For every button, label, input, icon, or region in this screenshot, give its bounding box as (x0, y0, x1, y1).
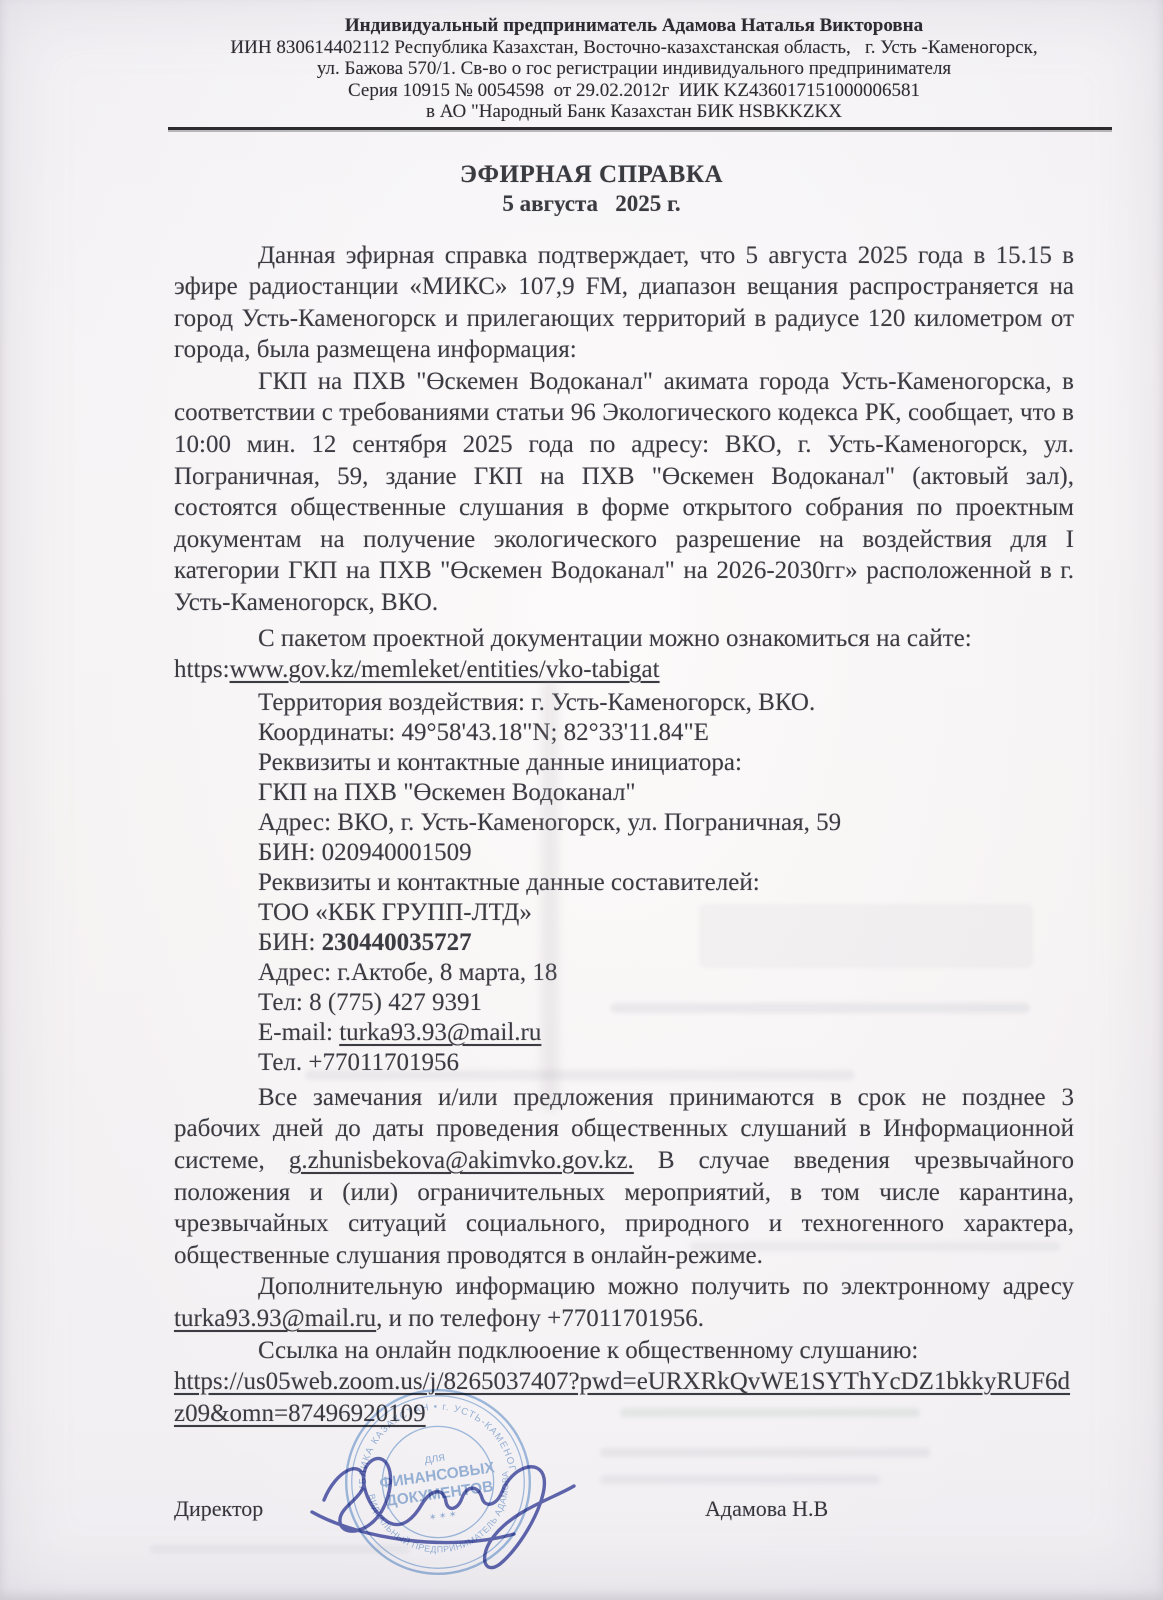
paragraph-hearing-announcement: ГКП на ПХВ "Өскемен Водоканал" акимата г… (174, 366, 1074, 619)
document-date: 5 августа 2025 г. (10, 189, 1163, 218)
detail-compiler-phone: Тел: 8 (775) 427 9391 (258, 988, 1074, 1018)
gov-link-prefix: https: (174, 656, 230, 683)
detail-compilers-heading: Реквизиты и контактные данные составител… (258, 868, 1074, 898)
akimvko-email-link: g.zhunisbekova@akimvko.gov.kz. (289, 1147, 634, 1174)
detail-compiler-email: E-mail: turka93.93@mail.ru (258, 1018, 1074, 1048)
paragraph-remarks: Все замечания и/или предложения принимаю… (174, 1082, 1074, 1272)
letterhead-address-line: ул. Бажова 570/1. Св-во о гос регистраци… (163, 58, 1105, 80)
docs-site-text: С пакетом проектной документации можно о… (258, 625, 972, 652)
paragraph-docs-site: С пакетом проектной документации можно о… (174, 623, 1074, 655)
paragraph-broadcast: Данная эфирная справка подтверждает, что… (174, 240, 1074, 366)
scanned-document-page: Индивидуальный предприниматель Адамова Н… (0, 0, 1163, 1600)
letterhead-divider (168, 127, 1112, 130)
detail-initiator-heading: Реквизиты и контактные данные инициатора… (258, 748, 1074, 778)
detail-coordinates: Координаты: 49°58'43.18"N; 82°33'11.84"E (258, 718, 1074, 748)
director-signature (300, 1408, 610, 1583)
gov-portal-link: www.gov.kz/memleket/entities/vko-tabigat (230, 656, 660, 683)
page-title: ЭФИРНАЯ СПРАВКА (10, 160, 1163, 189)
gov-link-line: https:www.gov.kz/memleket/entities/vko-t… (174, 654, 1074, 686)
bleed-artifact-5 (600, 1448, 930, 1457)
additional-info-text-2: , и по телефону +77011701956. (376, 1305, 704, 1332)
signatory-name: Адамова Н.В (705, 1496, 828, 1522)
detail-compiler-name: ТОО «КБК ГРУПП-ЛТД» (258, 898, 1074, 928)
email-value: turka93.93@mail.ru (339, 1019, 541, 1046)
letterhead-iin-line: ИИН 830614402112 Республика Казахстан, В… (163, 37, 1105, 59)
signatory-role: Директор (174, 1496, 263, 1522)
mail-ru-email-link: turka93.93@mail.ru (174, 1305, 376, 1332)
email-label: E-mail: (258, 1019, 339, 1046)
letterhead: Индивидуальный предприниматель Адамова Н… (163, 0, 1105, 123)
detail-territory: Территория воздействия: г. Усть-Каменого… (258, 688, 1074, 718)
details-list: Территория воздействия: г. Усть-Каменого… (258, 688, 1074, 1078)
letterhead-owner: Индивидуальный предприниматель Адамова Н… (163, 15, 1105, 37)
detail-initiator-bin: БИН: 020940001509 (258, 838, 1074, 868)
bin-label: БИН: (258, 929, 322, 956)
detail-compiler-bin: БИН: 230440035727 (258, 928, 1074, 958)
detail-compiler-address: Адрес: г.Актобе, 8 марта, 18 (258, 958, 1074, 988)
letterhead-registration-line: Серия 10915 № 0054598 от 29.02.2012г ИИК… (163, 80, 1105, 102)
letterhead-bank-line: в АО "Народный Банк Казахстан БИК HSBKKZ… (163, 101, 1105, 123)
detail-compiler-phone2: Тел. +77011701956 (258, 1048, 1074, 1078)
detail-initiator-address: Адрес: ВКО, г. Усть-Каменогорск, ул. Пог… (258, 808, 1074, 838)
paragraph-online-link-intro: Ссылка на онлайн подклюоение к обществен… (174, 1335, 1074, 1367)
additional-info-text-1: Дополнительную информацию можно получить… (258, 1273, 1074, 1300)
detail-initiator-name: ГКП на ПХВ "Өскемен Водоканал" (258, 778, 1074, 808)
paragraph-additional-info: Дополнительную информацию можно получить… (174, 1271, 1074, 1334)
bleed-artifact-6 (600, 1475, 880, 1484)
bin-value: 230440035727 (322, 929, 472, 956)
document-body: Данная эфирная справка подтверждает, что… (174, 240, 1074, 1430)
